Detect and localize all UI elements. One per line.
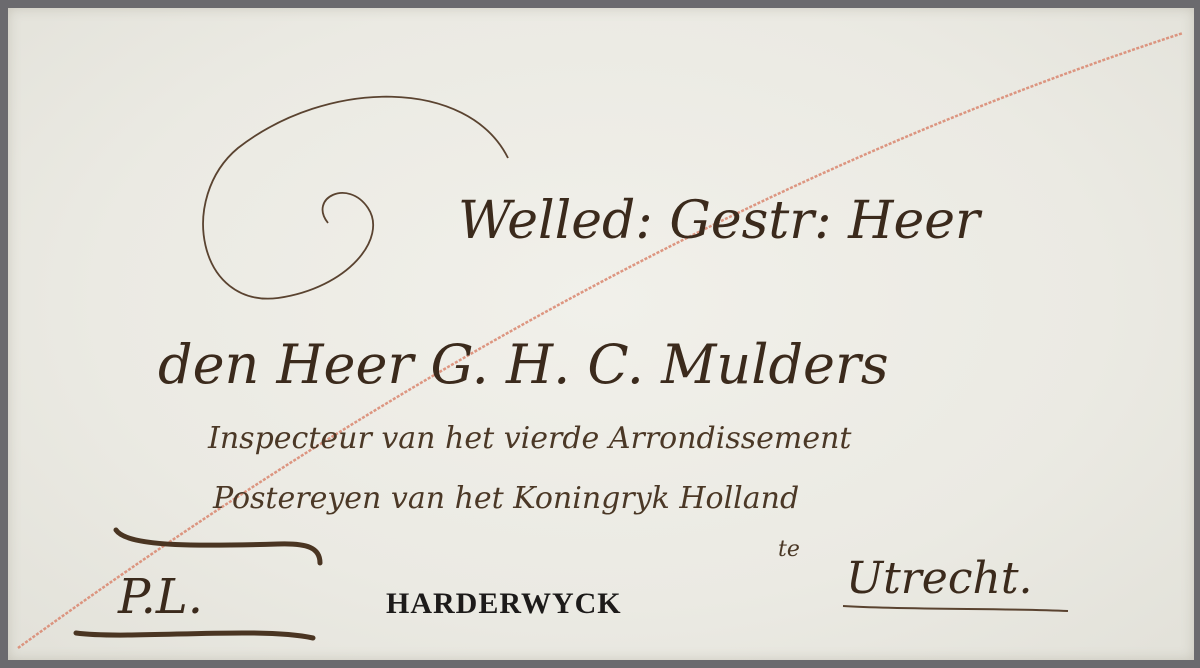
title-line-2: Postereyen van het Koningryk Holland [212,481,799,516]
title-line-1: Inspecteur van het vierde Arrondissement [207,421,852,456]
destination-text: Utrecht. [846,553,1032,604]
destination-underline [843,606,1068,611]
salutation-text: Welled: Gestr: Heer [458,191,983,251]
preposition-text: te [778,537,800,562]
letter-markings: Welled: Gestr: Heer den Heer G. H. C. Mu… [8,8,1194,660]
mark-bottom-flourish [76,633,313,638]
letter-cover: Welled: Gestr: Heer den Heer G. H. C. Mu… [8,8,1194,660]
mark-top-flourish [116,530,320,563]
manuscript-mark: P.L. [117,569,203,625]
recipient-text: den Heer G. H. C. Mulders [158,333,889,396]
harderwyck-postmark: HARDERWYCK [386,587,622,620]
